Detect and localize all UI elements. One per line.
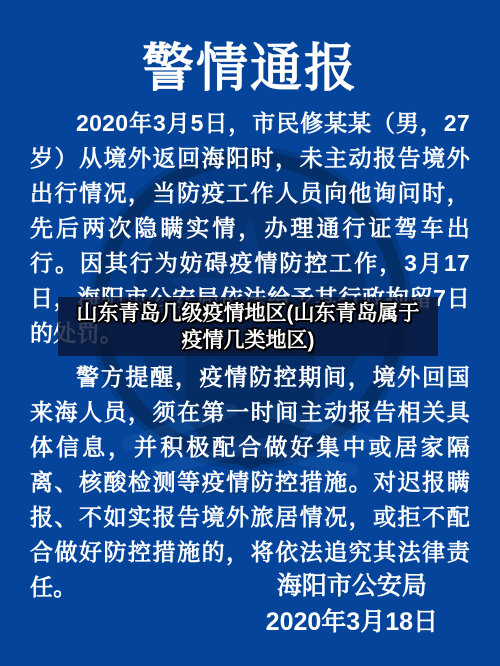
notice-body: 2020年3月5日，市民修某某（男，27岁）从境外返回海阳时，未主动报告境外出行… [30,106,470,614]
police-notice-poster: 警情通报 2020年3月5日，市民修某某（男，27岁）从境外返回海阳时，未主动报… [0,0,500,666]
issue-date: 2020年3月18日 [266,604,438,640]
caption-line-1: 山东青岛几级疫情地区(山东青岛属于 [77,300,420,327]
notice-title: 警情通报 [0,26,500,101]
caption-line-2: 疫情几类地区) [182,327,315,354]
caption-overlay-box: 山东青岛几级疫情地区(山东青岛属于 疫情几类地区) [58,297,438,356]
issuer-name: 海阳市公安局 [266,568,438,604]
signature-block: 海阳市公安局 2020年3月18日 [266,568,438,640]
